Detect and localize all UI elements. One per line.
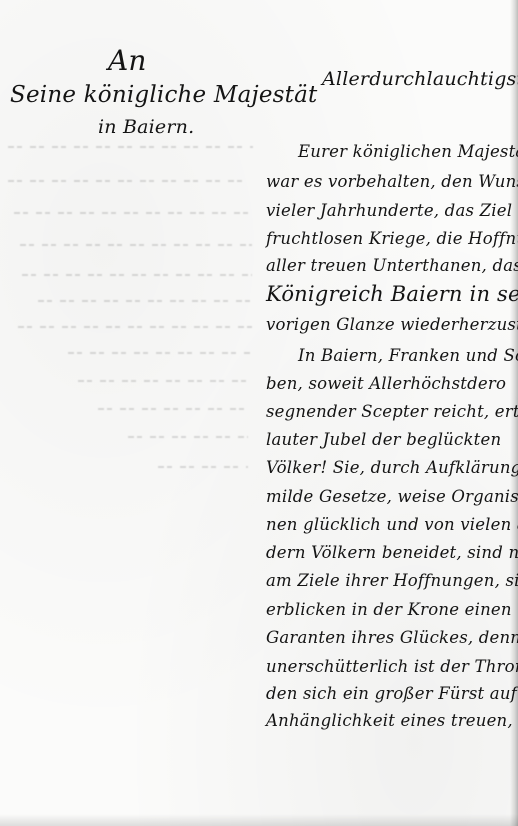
body-line: Garanten ihres Glückes, denn — [266, 628, 518, 647]
body-line: In Baiern, Franken und Schwa- — [298, 346, 518, 365]
body-line: erblicken in der Krone einen — [266, 600, 512, 619]
body-line: war es vorbehalten, den Wunsch — [266, 172, 518, 191]
body-line: vieler Jahrhunderte, das Ziel vieler — [266, 201, 518, 220]
salutation: Allerdurchlauchtigster, — [322, 68, 518, 90]
address-line-3: in Baiern. — [98, 116, 194, 138]
body-line: am Ziele ihrer Hoffnungen, sie — [266, 571, 518, 590]
body-line: milde Gesetze, weise Organisatio- — [266, 487, 518, 506]
page-bottom-shadow — [0, 814, 518, 826]
page-edge-shadow — [510, 0, 518, 826]
body-line: den sich ein großer Fürst auf die — [266, 684, 518, 703]
body-line: Völker! Sie, durch Aufklärung, — [266, 458, 518, 477]
body-line: Königreich Baiern in seinem — [266, 282, 518, 306]
body-line: Anhänglichkeit eines treuen, gebilde- — [266, 711, 518, 730]
body-line: fruchtlosen Kriege, die Hoffnung — [266, 229, 518, 248]
document-page: An Seine königliche Majestät in Baiern. … — [0, 0, 518, 826]
body-line: vorigen Glanze wiederherzustellen. — [266, 315, 518, 334]
body-line: segnender Scepter reicht, ertönt — [266, 402, 518, 421]
body-line: ben, soweit Allerhöchstdero — [266, 374, 506, 393]
address-line-1: An — [108, 44, 147, 77]
body-line: aller treuen Unterthanen, das — [266, 256, 518, 275]
bleed-through-text — [8, 140, 258, 500]
body-line: nen glücklich und von vielen an- — [266, 515, 518, 534]
body-line: lauter Jubel der beglückten — [266, 430, 501, 449]
body-line: Eurer königlichen Majestät — [298, 142, 518, 161]
body-line: unerschütterlich ist der Thron, — [266, 657, 518, 676]
body-line: dern Völkern beneidet, sind nun — [266, 543, 518, 562]
address-line-2: Seine königliche Majestät — [10, 82, 317, 108]
